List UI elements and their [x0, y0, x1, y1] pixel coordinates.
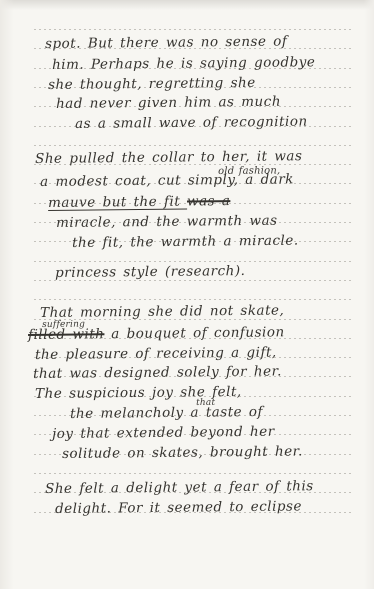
ruled-line	[34, 261, 354, 262]
handwritten-line: spot. But there was no sense of	[45, 34, 287, 52]
scan-top-shadow	[0, 0, 374, 10]
handwritten-line: the melancholy a taste of	[70, 405, 263, 422]
handwritten-text: she thought, regretting she	[48, 75, 256, 93]
handwritten-line: miracle, and the warmth was	[56, 214, 278, 231]
struck-out-text: was a	[187, 193, 231, 209]
ruled-line	[34, 29, 354, 30]
handwritten-text: princess style (research).	[55, 263, 245, 281]
handwritten-line: the pleasure of receiving a gift,	[35, 345, 277, 363]
handwritten-line: solitude on skates, brought her.	[62, 444, 303, 462]
inserted-edit-text: suffering	[42, 318, 85, 333]
ruled-line	[34, 473, 354, 474]
handwritten-text: the fit, the warmth a miracle.	[72, 233, 299, 251]
handwritten-text: had never given him as much	[56, 94, 281, 112]
handwritten-line: joy that extended beyond her	[52, 425, 275, 442]
handwritten-line: that was designed solely for her.	[33, 364, 282, 382]
handwritten-line: she thought, regretting she	[48, 76, 256, 93]
ruled-line	[34, 299, 354, 300]
handwritten-text: that was designed solely for her.	[33, 363, 282, 382]
handwritten-line: princess style (research).	[55, 264, 245, 281]
handwritten-text: joy that extended beyond her	[52, 424, 275, 442]
handwritten-text: delight. For it seemed to eclipse	[55, 498, 302, 517]
handwritten-line: the fit, the warmth a miracle.	[72, 234, 299, 251]
handwritten-line: She felt a delight yet a fear of this	[45, 479, 314, 497]
handwritten-text: mauve but the fit	[48, 194, 187, 211]
handwritten-line: as a small wave of recognition	[75, 115, 308, 132]
ruled-line	[34, 145, 354, 146]
handwritten-line: him. Perhaps he is saying goodbye	[52, 55, 315, 73]
handwritten-text: a bouquet of confusion	[104, 324, 284, 342]
handwritten-text: solitude on skates, brought her.	[62, 443, 303, 462]
handwritten-text: She felt a delight yet a fear of this	[45, 478, 314, 497]
notebook-page: spot. But there was no sense ofhim. Perh…	[0, 0, 374, 589]
handwritten-text: miracle, and the warmth was	[56, 213, 278, 231]
handwritten-line: delight. For it seemed to eclipse	[55, 499, 302, 517]
handwritten-text: spot. But there was no sense of	[45, 33, 287, 52]
handwritten-text: him. Perhaps he is saying goodbye	[52, 54, 315, 73]
handwritten-text: as a small wave of recognition	[75, 114, 308, 132]
handwritten-text: the pleasure of receiving a gift,	[35, 344, 277, 363]
handwritten-line: mauve but the fit was a	[48, 194, 230, 211]
inserted-edit-text: that	[196, 396, 215, 411]
inserted-edit-text: old fashion,	[218, 163, 280, 179]
scan-left-shadow	[0, 0, 14, 589]
handwritten-text: the melancholy a taste of	[70, 404, 263, 422]
handwritten-line: had never given him as much	[56, 95, 281, 112]
scan-right-shadow	[364, 0, 374, 589]
